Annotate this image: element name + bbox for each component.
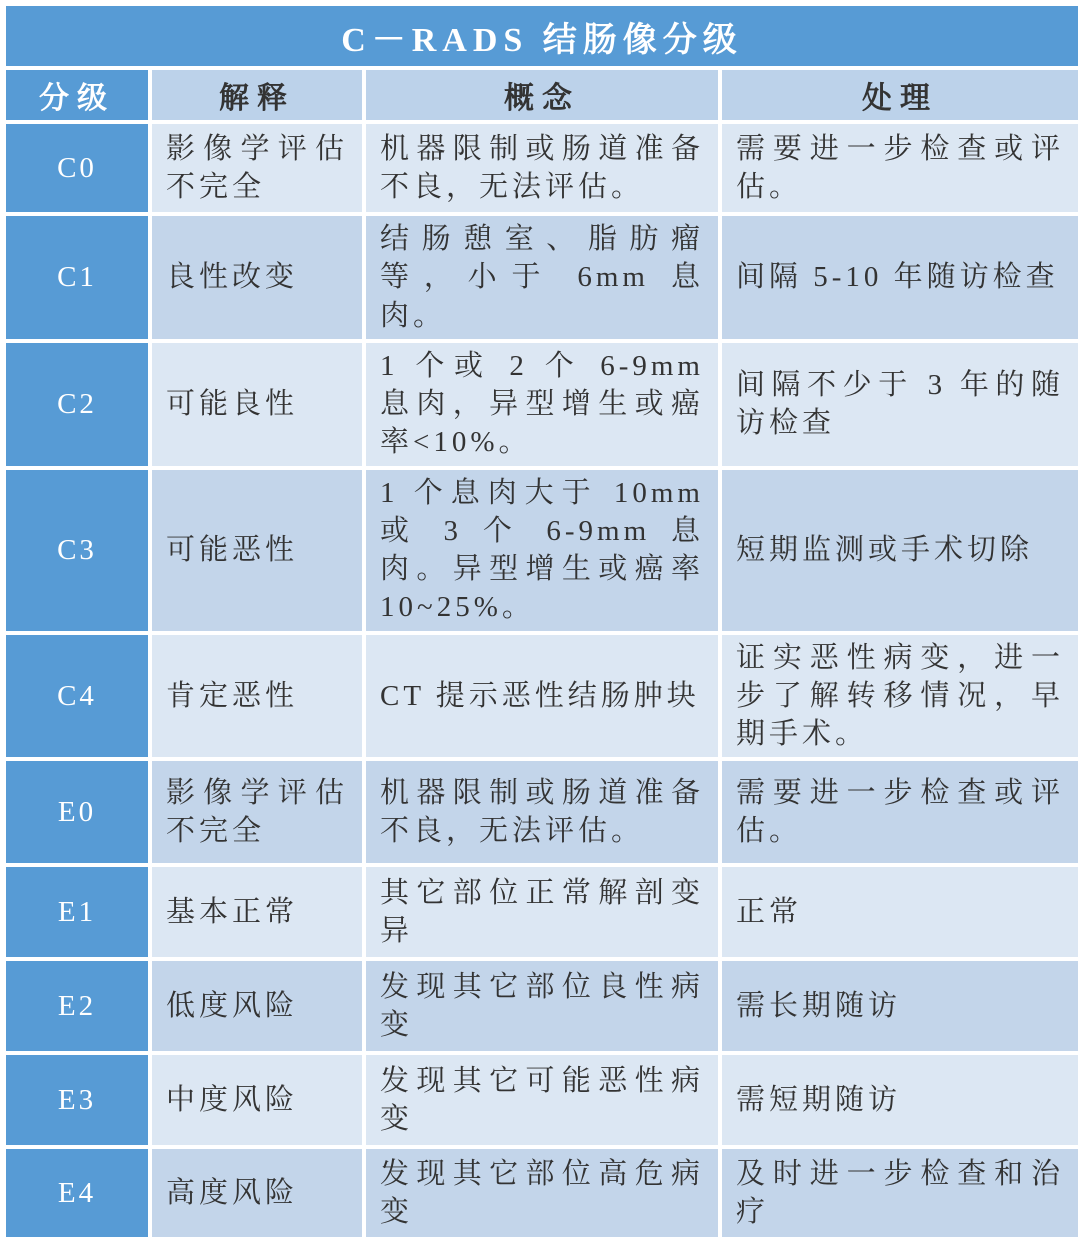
grade-cell: E3 bbox=[6, 1055, 148, 1145]
title-row: C－RADS 结肠像分级 bbox=[6, 6, 1078, 66]
management-cell: 需要进一步检查或评估。 bbox=[722, 124, 1078, 212]
explanation-cell: 高度风险 bbox=[152, 1149, 362, 1237]
management-cell: 间隔不少于 3 年的随访检查 bbox=[722, 343, 1078, 466]
grade-cell: E4 bbox=[6, 1149, 148, 1237]
grade-cell: E2 bbox=[6, 961, 148, 1051]
table-row-e3: E3 中度风险 发现其它可能恶性病变 需短期随访 bbox=[6, 1055, 1078, 1145]
header-concept: 概念 bbox=[366, 70, 718, 120]
explanation-cell: 影像学评估不完全 bbox=[152, 761, 362, 863]
crads-grading-page: C－RADS 结肠像分级 分级 解释 概念 处理 C0 影像学评估不完全 机器限… bbox=[0, 0, 1080, 1169]
table-title: C－RADS 结肠像分级 bbox=[6, 6, 1078, 66]
explanation-cell: 可能良性 bbox=[152, 343, 362, 466]
crads-grading-table: C－RADS 结肠像分级 分级 解释 概念 处理 C0 影像学评估不完全 机器限… bbox=[2, 2, 1080, 1241]
concept-cell: 机器限制或肠道准备不良，无法评估。 bbox=[366, 761, 718, 863]
concept-cell: 其它部位正常解剖变异 bbox=[366, 867, 718, 957]
table-row-c2: C2 可能良性 1 个或 2 个 6-9mm 息肉，异型增生或癌率<10%。 间… bbox=[6, 343, 1078, 466]
table-row-c4: C4 肯定恶性 CT 提示恶性结肠肿块 证实恶性病变，进一步了解转移情况，早期手… bbox=[6, 635, 1078, 758]
grade-cell: E0 bbox=[6, 761, 148, 863]
management-cell: 需要进一步检查或评估。 bbox=[722, 761, 1078, 863]
table-row-c0: C0 影像学评估不完全 机器限制或肠道准备不良，无法评估。 需要进一步检查或评估… bbox=[6, 124, 1078, 212]
table-row-e0: E0 影像学评估不完全 机器限制或肠道准备不良，无法评估。 需要进一步检查或评估… bbox=[6, 761, 1078, 863]
grade-cell: C2 bbox=[6, 343, 148, 466]
header-management: 处理 bbox=[722, 70, 1078, 120]
grade-cell: E1 bbox=[6, 867, 148, 957]
management-cell: 间隔 5-10 年随访检查 bbox=[722, 216, 1078, 339]
header-row: 分级 解释 概念 处理 bbox=[6, 70, 1078, 120]
concept-cell: 1 个息肉大于 10mm 或 3 个 6-9mm 息肉。异型增生或癌率 10~2… bbox=[366, 470, 718, 631]
table-row-e1: E1 基本正常 其它部位正常解剖变异 正常 bbox=[6, 867, 1078, 957]
explanation-cell: 中度风险 bbox=[152, 1055, 362, 1145]
management-cell: 短期监测或手术切除 bbox=[722, 470, 1078, 631]
explanation-cell: 可能恶性 bbox=[152, 470, 362, 631]
grade-cell: C4 bbox=[6, 635, 148, 758]
management-cell: 需长期随访 bbox=[722, 961, 1078, 1051]
concept-cell: 机器限制或肠道准备不良，无法评估。 bbox=[366, 124, 718, 212]
header-grade: 分级 bbox=[6, 70, 148, 120]
grade-cell: C1 bbox=[6, 216, 148, 339]
header-explanation: 解释 bbox=[152, 70, 362, 120]
table-row-c3: C3 可能恶性 1 个息肉大于 10mm 或 3 个 6-9mm 息肉。异型增生… bbox=[6, 470, 1078, 631]
concept-cell: 发现其它部位良性病变 bbox=[366, 961, 718, 1051]
grade-cell: C0 bbox=[6, 124, 148, 212]
concept-cell: CT 提示恶性结肠肿块 bbox=[366, 635, 718, 758]
concept-cell: 结肠憩室、脂肪瘤等，小于 6mm 息肉。 bbox=[366, 216, 718, 339]
explanation-cell: 良性改变 bbox=[152, 216, 362, 339]
table-row-e4: E4 高度风险 发现其它部位高危病变 及时进一步检查和治疗 bbox=[6, 1149, 1078, 1237]
concept-cell: 1 个或 2 个 6-9mm 息肉，异型增生或癌率<10%。 bbox=[366, 343, 718, 466]
table-row-c1: C1 良性改变 结肠憩室、脂肪瘤等，小于 6mm 息肉。 间隔 5-10 年随访… bbox=[6, 216, 1078, 339]
grade-cell: C3 bbox=[6, 470, 148, 631]
concept-cell: 发现其它可能恶性病变 bbox=[366, 1055, 718, 1145]
explanation-cell: 低度风险 bbox=[152, 961, 362, 1051]
explanation-cell: 影像学评估不完全 bbox=[152, 124, 362, 212]
explanation-cell: 基本正常 bbox=[152, 867, 362, 957]
explanation-cell: 肯定恶性 bbox=[152, 635, 362, 758]
management-cell: 正常 bbox=[722, 867, 1078, 957]
management-cell: 需短期随访 bbox=[722, 1055, 1078, 1145]
concept-cell: 发现其它部位高危病变 bbox=[366, 1149, 718, 1237]
table-row-e2: E2 低度风险 发现其它部位良性病变 需长期随访 bbox=[6, 961, 1078, 1051]
management-cell: 证实恶性病变，进一步了解转移情况，早期手术。 bbox=[722, 635, 1078, 758]
management-cell: 及时进一步检查和治疗 bbox=[722, 1149, 1078, 1237]
